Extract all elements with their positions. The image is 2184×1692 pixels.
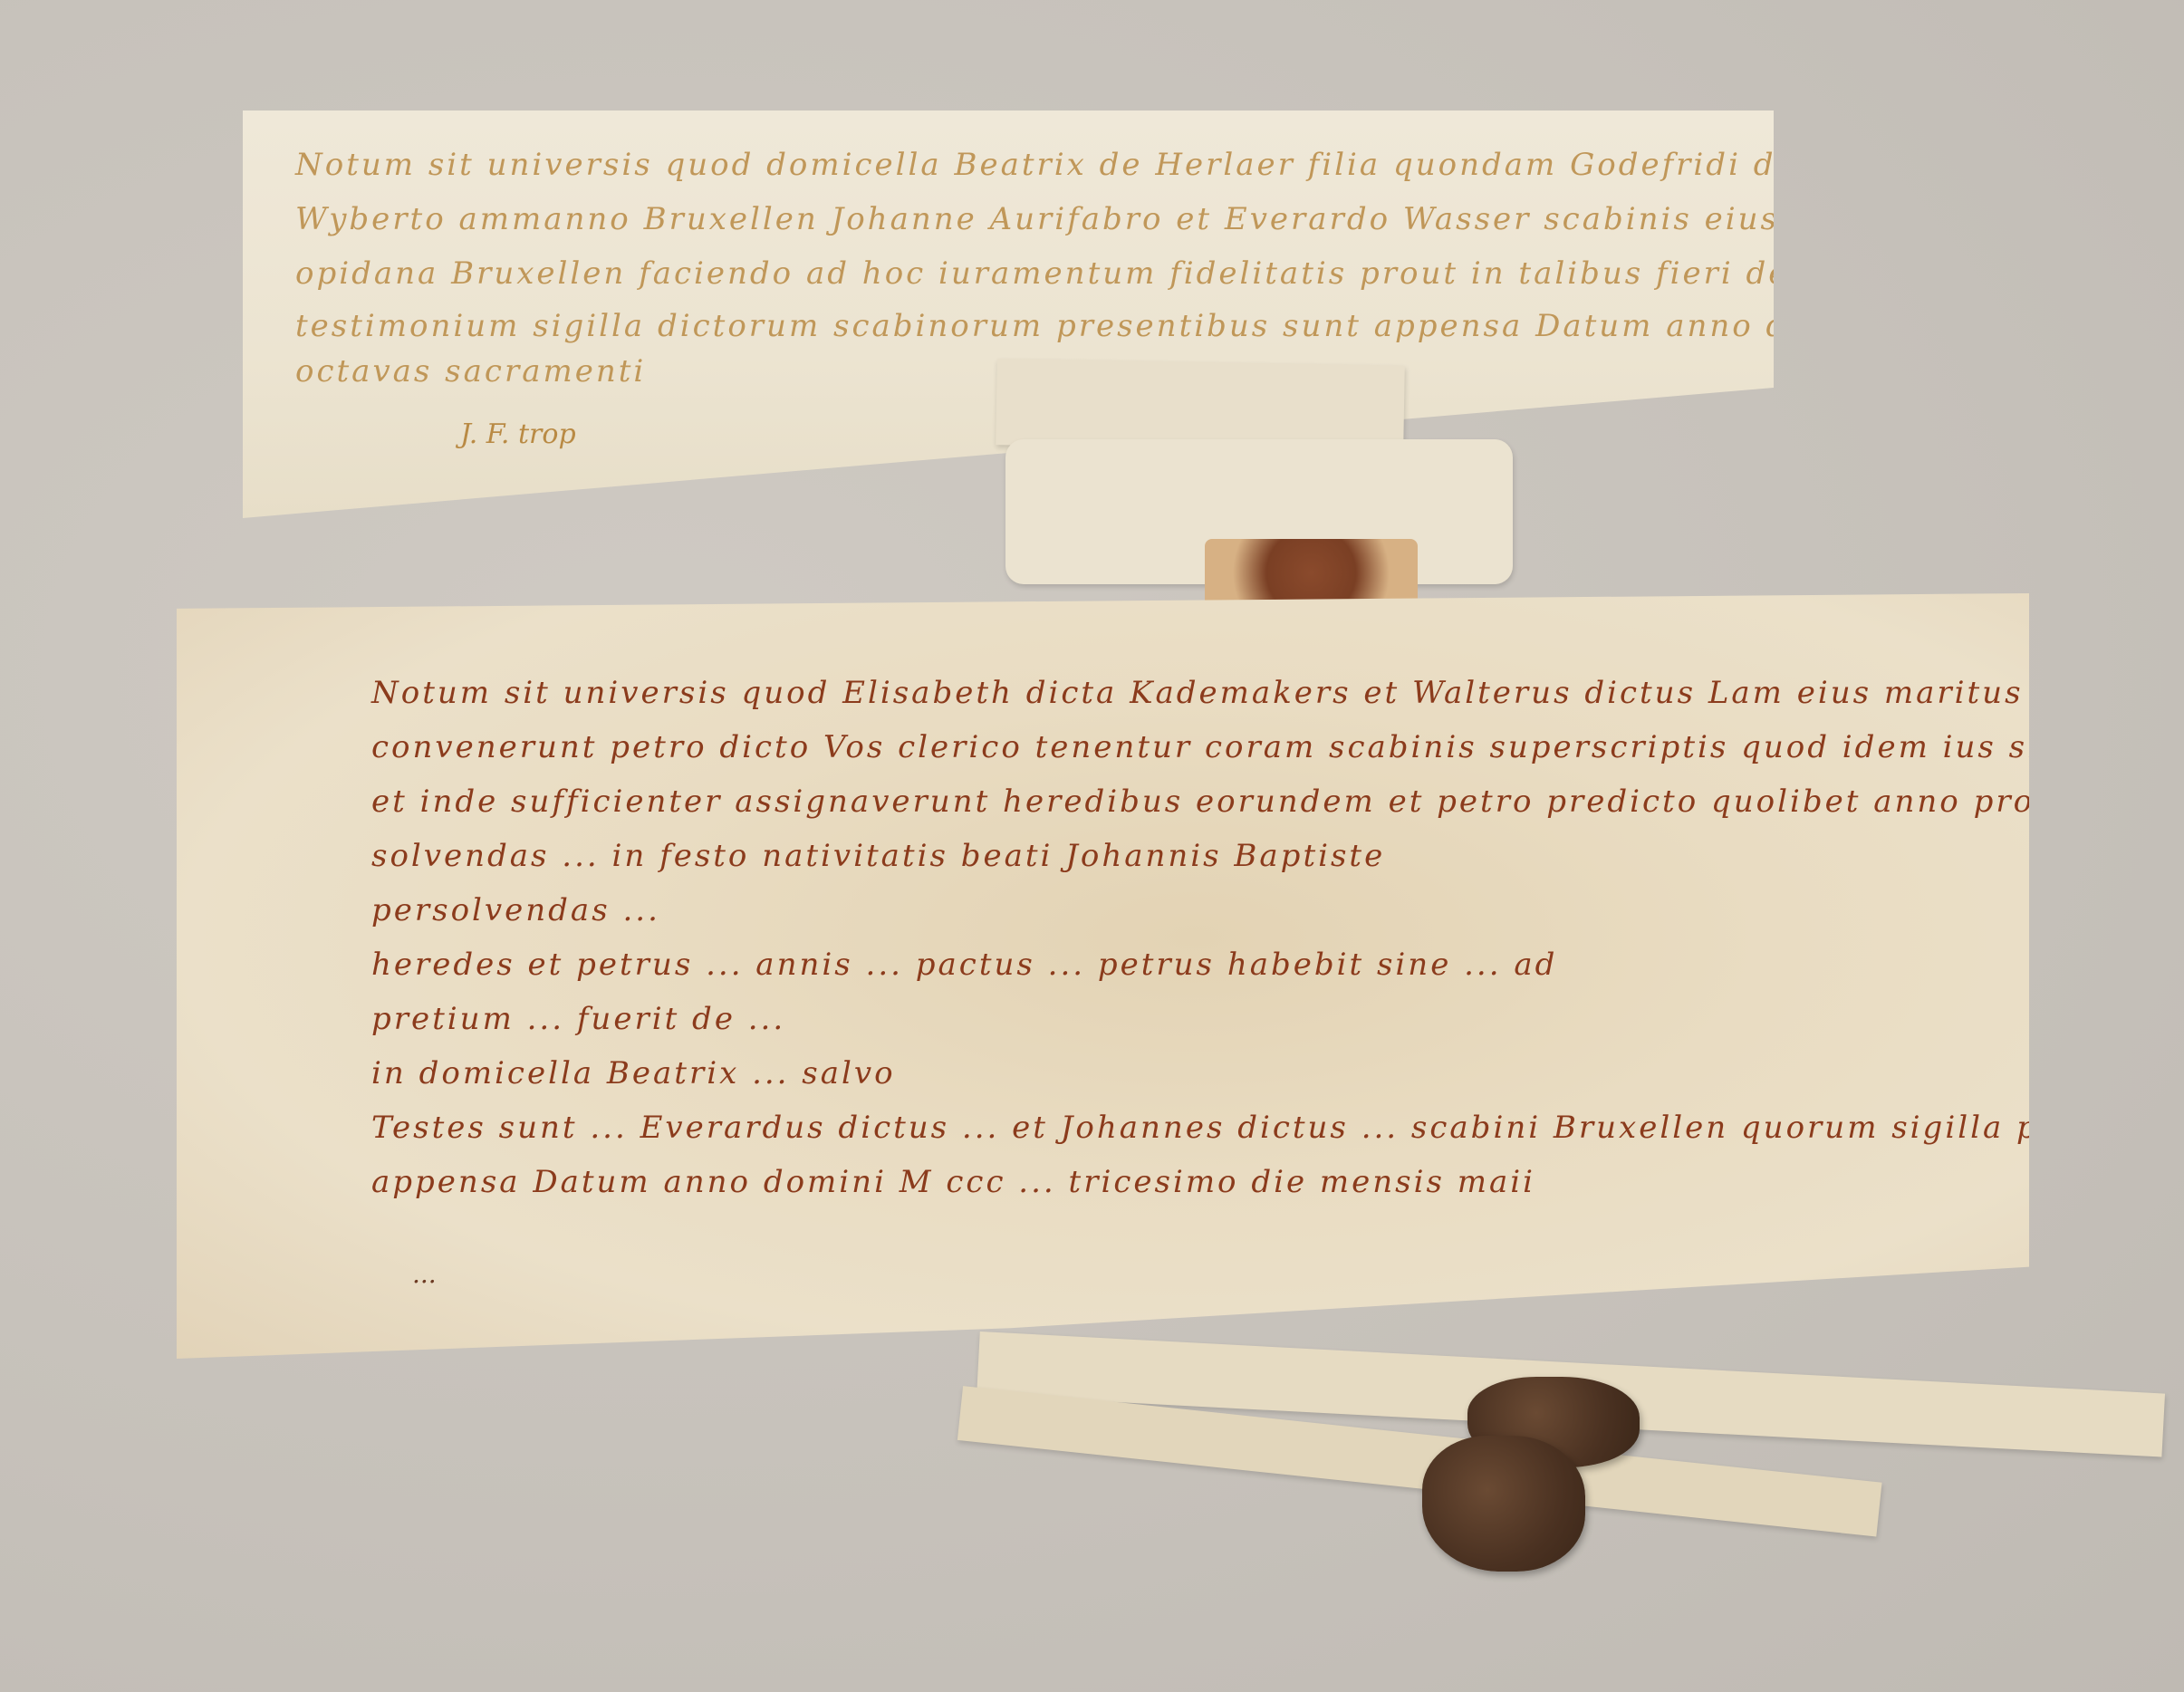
bottom-charter-line-1: Notum sit universis quod Elisabeth dicta…	[371, 675, 2184, 711]
bottom-charter-line-6: heredes et petrus ... annis ... pactus .…	[371, 947, 1557, 983]
bottom-charter-line-8: in domicella Beatrix ... salvo	[371, 1055, 896, 1091]
bottom-charter-line-7: pretium ... fuerit de ...	[371, 1001, 785, 1037]
bottom-charter-line-2: convenerunt petro dicto Vos clerico tene…	[371, 729, 2184, 765]
bottom-charter-line-3: et inde sufficienter assignaverunt hered…	[371, 784, 2184, 820]
bottom-charter-subscription: ...	[412, 1259, 437, 1289]
bottom-charter-line-10: appensa Datum anno domini M ccc ... tric…	[371, 1164, 1535, 1200]
bottom-charter: Notum sit universis quod Elisabeth dicta…	[177, 593, 2029, 1359]
top-charter-line-5: octavas sacramenti	[295, 353, 646, 389]
wax-seal-2	[1422, 1436, 1585, 1572]
bottom-charter-line-9: Testes sunt ... Everardus dictus ... et …	[371, 1110, 2184, 1146]
bottom-charter-line-4: solvendas ... in festo nativitatis beati…	[371, 838, 1385, 874]
top-seal-tag-strip	[996, 359, 1405, 452]
bottom-charter-line-5: persolvendas ...	[371, 892, 660, 928]
top-charter-subscription: J. F. trop	[460, 418, 576, 450]
top-seal-fragment	[1205, 539, 1418, 607]
